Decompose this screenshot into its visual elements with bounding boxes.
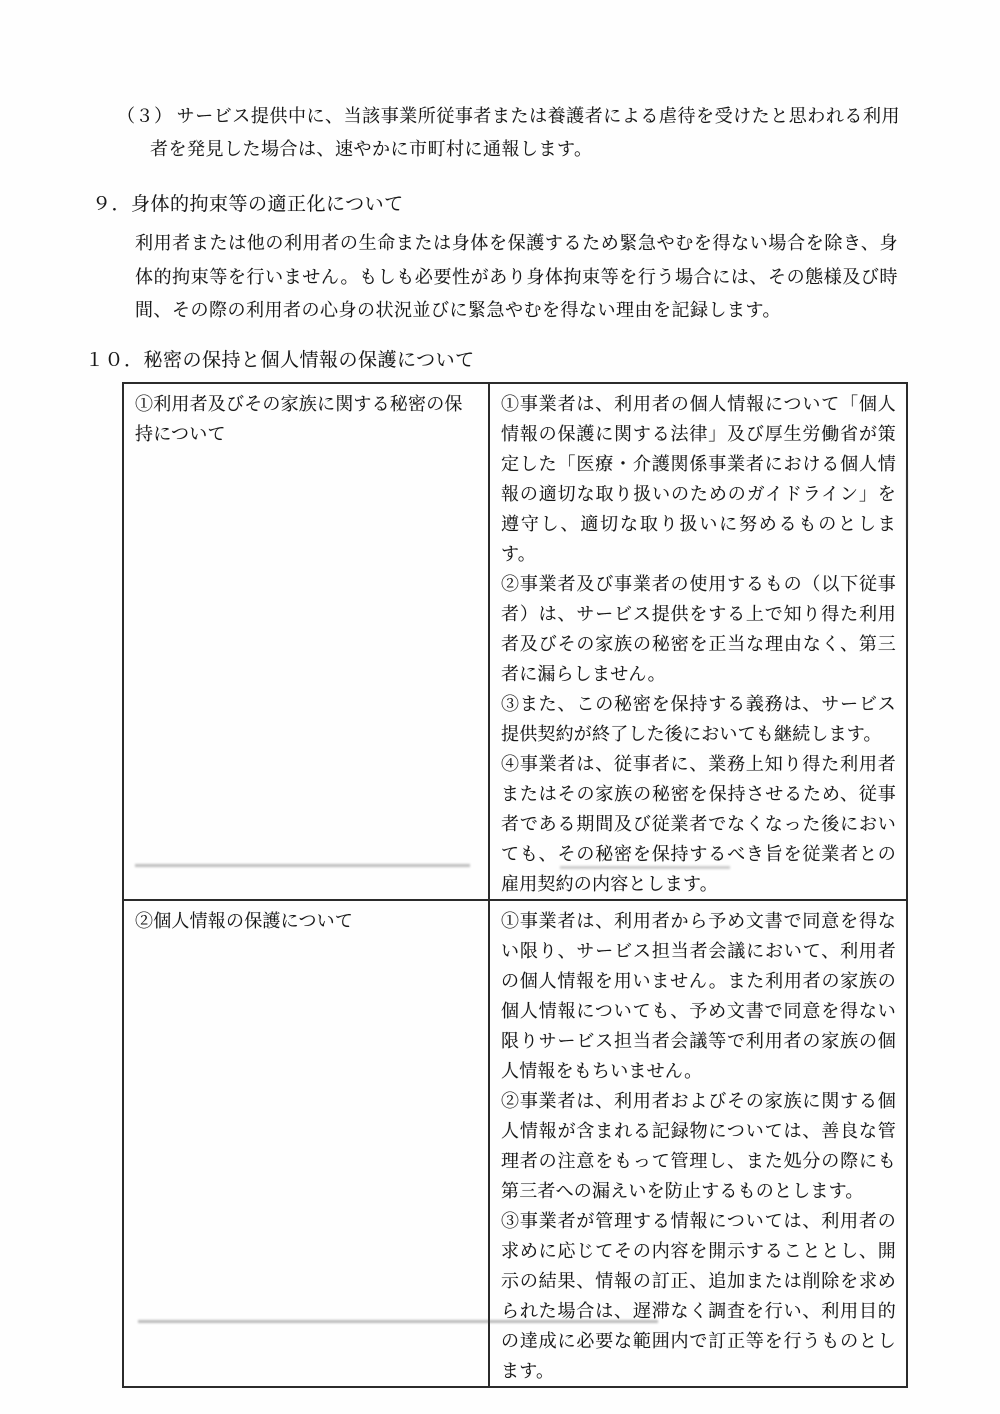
- detail-item-2: ②事業者は、利用者およびその家族に関する個人情報が含まれる記録物については、善良…: [501, 1086, 896, 1206]
- detail-item-3: ③事業者が管理する情報については、利用者の求めに応じてその内容を開示することとし…: [501, 1206, 896, 1386]
- detail-item-3: ③また、この秘密を保持する義務は、サービス提供契約が終了した後においても継続しま…: [501, 689, 896, 749]
- section9-heading: ９．身体的拘束等の適正化について: [92, 189, 1000, 221]
- table-row-personal-info: ②個人情報の保護について ①事業者は、利用者から予め文書で同意を得ない限り、サー…: [123, 900, 907, 1387]
- row1-detail-cell: ①事業者は、利用者の個人情報について「個人情報の保護に関する法律」及び厚生労働省…: [489, 383, 907, 900]
- row2-detail-cell: ①事業者は、利用者から予め文書で同意を得ない限り、サービス担当者会議において、利…: [489, 900, 907, 1387]
- detail-item-2: ②事業者及び事業者の使用するもの（以下従事者）は、サービス提供をする上で知り得た…: [501, 569, 896, 689]
- section9-body: 利用者または他の利用者の生命または身体を保護するため緊急やむを得ない場合を除き、…: [135, 227, 898, 328]
- detail-item-1: ①事業者は、利用者の個人情報について「個人情報の保護に関する法律」及び厚生労働省…: [501, 389, 896, 569]
- row1-topic-cell: ①利用者及びその家族に関する秘密の保持について: [123, 383, 489, 900]
- clause-text: サービス提供中に、当該事業所従事者または養護者による虐待を受けたと思われる利用者…: [150, 106, 900, 159]
- clause-abuse-report: （３）サービス提供中に、当該事業所従事者または養護者による虐待を受けたと思われる…: [0, 100, 900, 166]
- table-row-secrecy: ①利用者及びその家族に関する秘密の保持について ①事業者は、利用者の個人情報につ…: [123, 383, 907, 900]
- clause-number: （３）: [117, 106, 173, 126]
- section10-heading: １０．秘密の保持と個人情報の保護について: [85, 345, 1000, 377]
- document-page: （３）サービス提供中に、当該事業所従事者または養護者による虐待を受けたと思われる…: [0, 0, 1000, 1414]
- row2-topic-cell: ②個人情報の保護について: [123, 900, 489, 1387]
- detail-item-4: ④事業者は、従事者に、業務上知り得た利用者またはその家族の秘密を保持させるため、…: [501, 749, 896, 899]
- detail-item-1: ①事業者は、利用者から予め文書で同意を得ない限り、サービス担当者会議において、利…: [501, 906, 896, 1086]
- privacy-table: ①利用者及びその家族に関する秘密の保持について ①事業者は、利用者の個人情報につ…: [122, 382, 908, 1388]
